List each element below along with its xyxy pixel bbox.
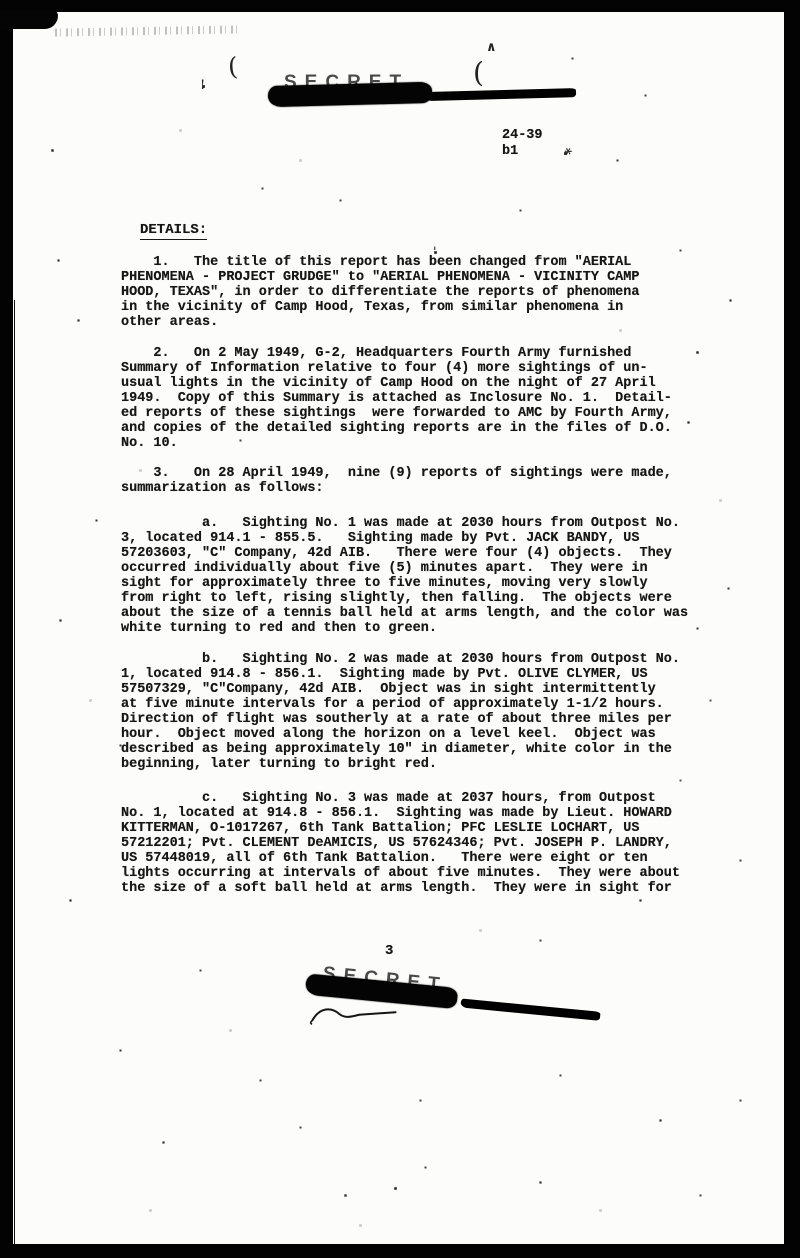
doc-number-line2: b1 — [502, 144, 518, 159]
redacted-classification-stamp-bottom: SECRET — [306, 962, 463, 1036]
scan-speckles-faint — [0, 0, 1, 1]
scan-border-top — [0, 0, 800, 12]
scan-border-bottom — [0, 1244, 800, 1258]
paragraph-3-nine-reports: 3. On 28 April 1949, nine (9) reports of… — [121, 466, 672, 496]
details-heading: DETAILS: — [140, 222, 207, 240]
redaction-marker-bar — [268, 82, 432, 107]
subparagraph-b-sighting-2: b. Sighting No. 2 was made at 2030 hours… — [121, 652, 680, 772]
scan-border-right — [784, 0, 800, 1258]
paragraph-2-summary-of-information: 2. On 2 May 1949, G-2, Headquarters Four… — [121, 346, 672, 451]
subparagraph-a-sighting-1: a. Sighting No. 1 was made at 2030 hours… — [121, 516, 688, 636]
subparagraph-c-sighting-3: c. Sighting No. 3 was made at 2037 hours… — [121, 791, 680, 896]
pen-mark-caret: ∧ — [486, 40, 497, 55]
pen-mark-exclaim: ! — [200, 78, 205, 93]
scanned-document-page: SECRET ( ( ∧ ! ' * 24-39 b1 DETAILS: 1. … — [0, 0, 800, 1258]
doc-number-line1: 24-39 — [502, 128, 543, 143]
page-number: 3 — [385, 943, 393, 959]
scan-corner-blob — [0, 10, 58, 29]
pen-mark-dot: * — [559, 145, 573, 163]
pen-mark-paren-right: ( — [473, 56, 484, 89]
scan-border-left — [0, 0, 13, 1258]
document-control-number: 24-39 b1 — [502, 128, 543, 159]
pen-mark-paren-left: ( — [227, 52, 239, 82]
paragraph-1-title-change: 1. The title of this report has been cha… — [121, 255, 639, 330]
scan-smudge — [55, 25, 240, 36]
redacted-classification-stamp-top: SECRET — [272, 72, 437, 112]
